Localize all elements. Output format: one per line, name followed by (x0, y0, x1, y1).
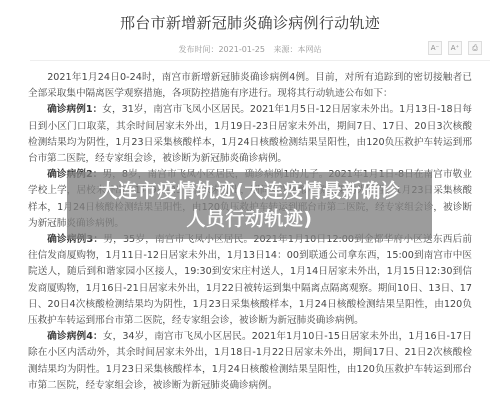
print-icon[interactable]: ⎙ (468, 41, 482, 55)
intro-paragraph: 2021年1月24日0-24时，南宫市新增新冠肺炎确诊病例4例。目前，对所有追踪… (28, 70, 472, 102)
overlay-line-1: 大连市疫情轨迹(大连疫情最新确诊 (67, 177, 432, 205)
header-divider (30, 60, 490, 61)
source: 来源：本网站 (274, 45, 322, 54)
case-label: 确诊病例1： (47, 104, 102, 115)
overlay-line-2: 人员行动轨迹) (67, 205, 432, 233)
case-paragraph-4: 确诊病例4：女，34岁，南宫市飞凤小区居民。2021年1月10日-15日居家未外… (28, 329, 472, 394)
article-meta: 发布时间：2021-01-25 来源：本网站 (0, 44, 500, 55)
case-text: 男，35岁，南宫市飞凤小区居民。2021年1月10日12:00到金都华府小区送东… (28, 234, 472, 326)
page-title: 邢台市新增新冠肺炎确诊病例行动轨迹 (0, 12, 500, 33)
publish-date: 发布时间：2021-01-25 (178, 45, 265, 54)
article-tools: A⁻ A⁺ ⎙ (428, 41, 482, 55)
case-paragraph-3: 确诊病例3：男，35岁，南宫市飞凤小区居民。2021年1月10日12:00到金都… (28, 232, 472, 329)
case-label: 确诊病例4： (47, 331, 103, 342)
font-decrease-icon[interactable]: A⁻ (428, 41, 442, 55)
font-increase-icon[interactable]: A⁺ (448, 41, 462, 55)
case-paragraph-1: 确诊病例1：女，31岁，南宫市飞凤小区居民。2021年1月5日-12日居家未外出… (28, 102, 472, 167)
title-overlay-banner: 大连市疫情轨迹(大连疫情最新确诊 人员行动轨迹) (67, 172, 432, 239)
